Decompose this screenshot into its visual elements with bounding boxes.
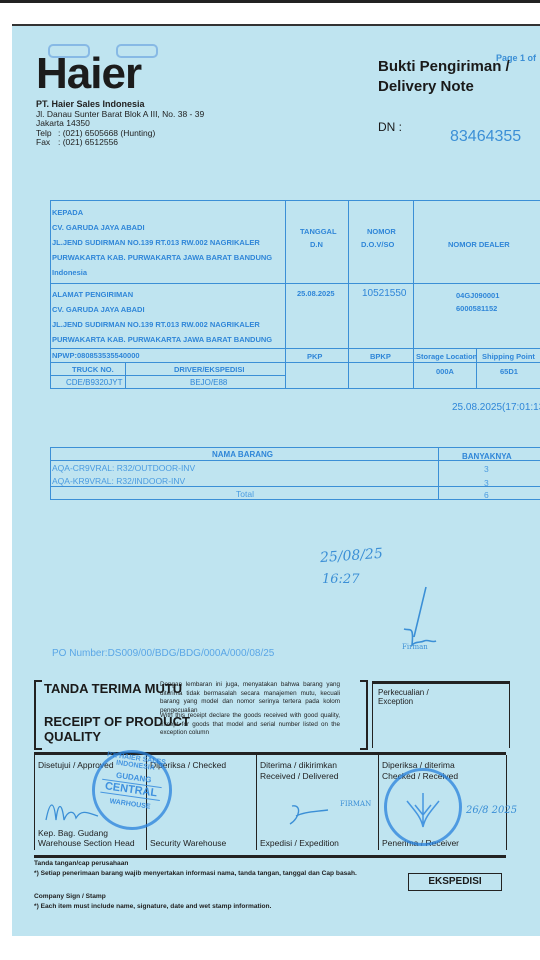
col-nama-barang: NAMA BARANG [212,450,273,459]
pkp-label: PKP [307,352,322,361]
checked-role: Security Warehouse [150,838,226,848]
dealer-value-1: 04GJ090001 [456,291,499,300]
tanggal-value: 25.08.2025 [297,289,335,298]
truck-label: TRUCK NO. [72,365,114,374]
total-qty: 6 [484,490,489,500]
delivered-label-2: Received / Delivered [260,771,338,781]
fax-value: : (021) 6512556 [58,138,118,148]
truck-value: CDE/B9320JYT [66,378,122,387]
exception-label-1: Perkecualian / [378,688,429,697]
haier-logo: Haier [36,52,141,96]
storage-location-label: Storage Location [416,352,477,361]
item-row-1-qty: 3 [484,464,489,474]
dn-label: DN : [378,120,402,134]
signer-name: Firman [402,643,428,651]
kepada-label: KEPADA [52,208,83,217]
handwritten-time: 16:27 [322,572,359,587]
company-info: PT. Haier Sales Indonesia Jl. Danau Sunt… [36,100,204,148]
receiver-stamp [384,768,462,846]
col-banyaknya: BANYAKNYA [462,452,512,461]
delivered-label-1: Diterima / dikirimkan [260,760,337,770]
tanggal-header-1: TANGGAL [300,227,337,236]
shipping-point-label: Shipping Point [482,352,535,361]
quality-title-en-2: QUALITY [44,729,101,744]
dealer-value-2: 6000581152 [456,304,497,313]
kepada-address-1: JL.JEND SUDIRMAN NO.139 RT.013 RW.002 NA… [52,238,260,247]
storage-location-value: 000A [436,367,454,376]
kepada-country: Indonesia [52,268,87,277]
approved-role-2: Warehouse Section Head [38,838,135,848]
ship-to-address-1: JL.JEND SUDIRMAN NO.139 RT.013 RW.002 NA… [52,320,260,329]
bracket-left [34,680,42,750]
item-row-2-name: AQA-KR9VRAL: R32/INDOOR-INV [52,476,185,486]
dn-number: 83464355 [450,128,521,146]
receiver-signature-icon [390,585,450,665]
bracket-right [360,680,368,750]
total-label: Total [236,489,254,499]
item-row-2-qty: 3 [484,478,489,488]
ship-to-name: CV. GARUDA JAYA ABADI [52,305,145,314]
copy-label: EKSPEDISI [408,873,502,891]
exception-label: Perkecualian / Exception [378,688,429,706]
expedition-note: FIRMAN [340,800,371,808]
approver-signature-icon [40,780,120,830]
scanner-edge [0,0,540,3]
eagle-emblem-icon [387,771,459,843]
kepada-name: CV. GARUDA JAYA ABADI [52,223,145,232]
sign-label-id: Tanda tangan/cap perusahaan [34,860,128,867]
po-number: PO Number:DS009/00/BDG/BDG/000A/000/08/2… [52,648,274,659]
fax-label: Fax [36,138,58,148]
kepada-address-2: PURWAKARTA KAB. PURWAKARTA JAWA BARAT BA… [52,253,272,262]
bpkp-label: BPKP [370,352,391,361]
note-en: *) Each item must include name, signatur… [34,903,271,910]
sign-label-en: Company Sign / Stamp [34,893,106,900]
print-timestamp: 25.08.2025(17:01:13) [452,402,540,413]
receiver-date: 26/8 2025 [466,805,517,816]
ship-to-address-2: PURWAKARTA KAB. PURWAKARTA JAWA BARAT BA… [52,335,272,344]
nomor-header-1: NOMOR [367,227,396,236]
expedition-role: Expedisi / Expedition [260,838,339,848]
driver-label: DRIVER/EKSPEDISI [174,365,244,374]
exception-label-2: Exception [378,697,429,706]
document-title: Bukti Pengiriman / Delivery Note [378,57,510,97]
driver-value: BEJO/E88 [190,378,227,387]
dealer-header: NOMOR DEALER [448,240,510,249]
item-row-1-name: AQA-CR9VRAL: R32/OUTDOOR-INV [52,463,195,473]
nomor-header-2: D.O.V/SO [361,240,394,249]
npwp: NPWP:080853535540000 [52,351,140,360]
expedition-signature-icon [282,800,342,830]
title-line-2: Delivery Note [378,77,510,97]
ship-to-label: ALAMAT PENGIRIMAN [52,290,133,299]
quality-text-en: With this receipt declare the goods rece… [160,712,340,738]
shipping-point-value: 65D1 [500,367,518,376]
tanggal-header-2: D.N [310,240,323,249]
note-id: *) Setiap penerimaan barang wajib menyer… [34,870,357,877]
title-line-1: Bukti Pengiriman / [378,57,510,77]
quality-text-id: Dengan lembaran ini juga, menyatakan bah… [160,681,340,715]
nomor-value: 10521550 [362,288,407,299]
